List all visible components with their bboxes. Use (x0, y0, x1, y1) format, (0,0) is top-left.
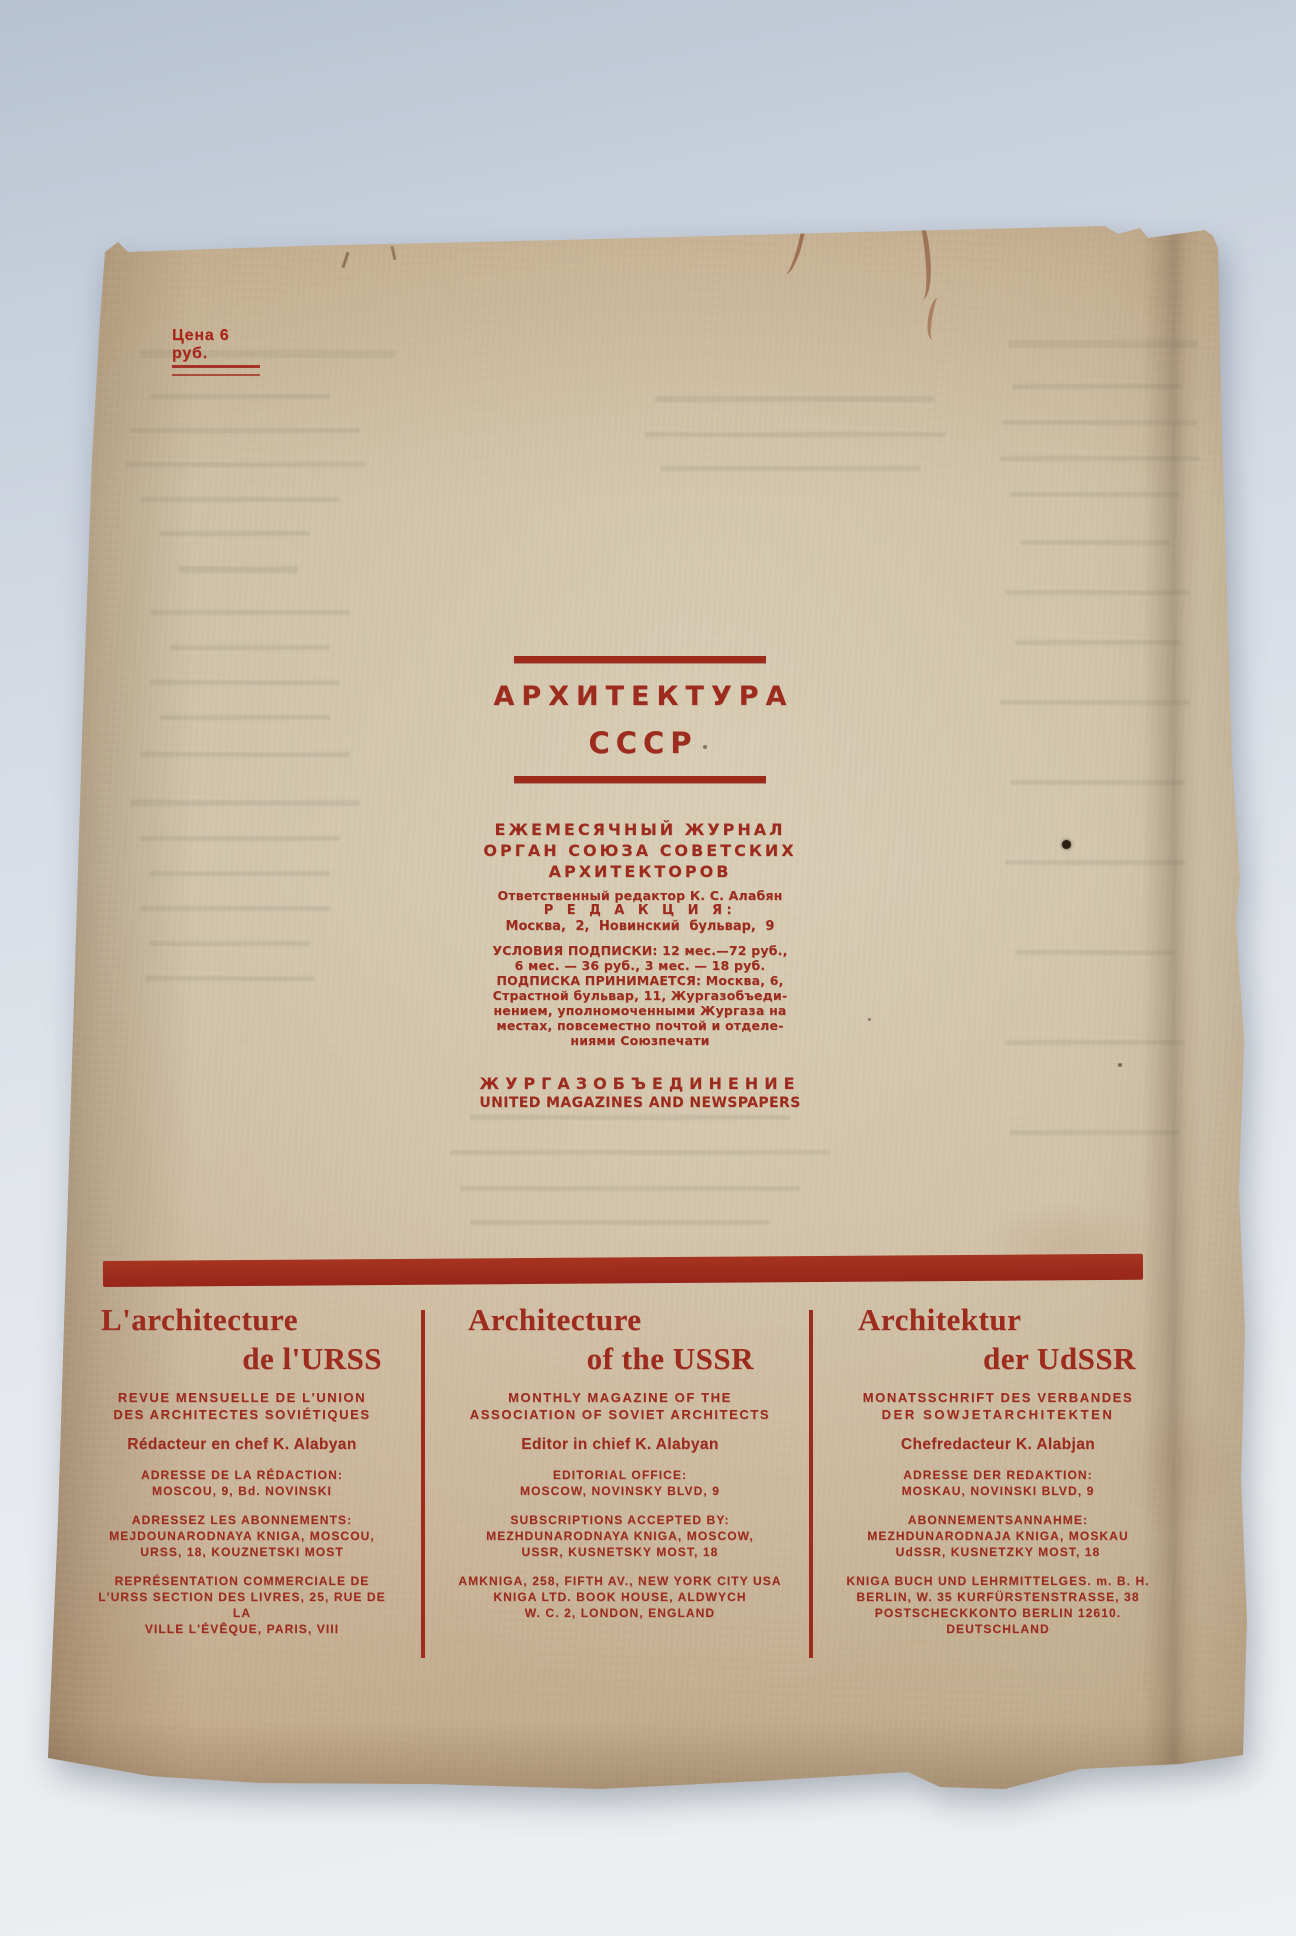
publisher-name-ru: ЖУРГАЗОБЪЕДИНЕНИЕ (468, 1074, 812, 1094)
text-line: DEUTSCHLAND (842, 1621, 1154, 1637)
column-french: L'architecture de l'URSS REVUE MENSUELLE… (96, 1302, 388, 1637)
column-editor-line: Editor in chief K. Alabyan (452, 1436, 788, 1454)
masthead-rule-bottom (514, 776, 766, 783)
show-through-mark (1015, 950, 1175, 955)
ink-stain (900, 207, 934, 301)
show-through-mark (660, 466, 920, 471)
text-line: EDITORIAL OFFICE: (452, 1467, 788, 1483)
address-group: ADRESSE DER REDAKTION: MOSKAU, NOVINSKI … (842, 1467, 1154, 1499)
show-through-mark (130, 800, 360, 806)
column-subtitle: ASSOCIATION OF SOVIET ARCHITECTS (452, 1406, 788, 1423)
column-title-line2: of the USSR (452, 1342, 788, 1376)
paper-speck (594, 200, 610, 209)
paper-speck (868, 1018, 871, 1021)
paper-speck (342, 252, 350, 268)
magazine-title-line1: АРХИТЕКТУРА (468, 682, 812, 712)
organ-line: АРХИТЕКТОРОВ (468, 861, 812, 882)
show-through-mark (150, 871, 330, 876)
subscription-line: УСЛОВИЯ ПОДПИСКИ: 12 мес.—72 руб., (468, 943, 812, 958)
price-stamp-underline (172, 365, 260, 376)
show-through-mark (1010, 780, 1185, 785)
subscription-group: SUBSCRIPTIONS ACCEPTED BY: MEZHDUNARODNA… (452, 1512, 788, 1560)
text-line: MEZHDUNARODNAYA KNIGA, MOSCOW, (452, 1528, 788, 1544)
text-line: AMKNIGA, 258, FIFTH AV., NEW YORK CITY U… (452, 1573, 788, 1589)
show-through-mark (470, 1220, 770, 1225)
show-through-mark (150, 941, 310, 946)
show-through-mark (160, 531, 310, 536)
text-line: UdSSR, KUSNETZKY MOST, 18 (842, 1544, 1154, 1560)
show-through-mark (1008, 340, 1198, 348)
text-line: MEJDOUNARODNAYA KNIGA, MOSCOU, (96, 1528, 388, 1544)
show-through-mark (1010, 492, 1180, 497)
text-line: KNIGA BUCH UND LEHRMITTELGES. m. B. H. (842, 1573, 1154, 1589)
subscription-line: 6 мес. — 36 руб., 3 мес. — 18 руб. (468, 958, 812, 973)
text-line: BERLIN, W. 35 KURFÜRSTENSTRASSE, 38 (842, 1589, 1154, 1605)
show-through-mark (150, 610, 350, 615)
text-line: VILLE L'ÉVÊQUE, PARIS, VIII (96, 1621, 388, 1637)
column-editor-line: Rédacteur en chef K. Alabyan (96, 1436, 388, 1454)
column-subtitle: MONTHLY MAGAZINE OF THE (452, 1389, 788, 1406)
masthead: АРХИТЕКТУРА СССР ЕЖЕМЕСЯЧНЫЙ ЖУРНАЛ ОРГА… (468, 656, 812, 1112)
publisher-name-en: UNITED MAGAZINES AND NEWSPAPERS (468, 1094, 812, 1112)
show-through-mark (140, 836, 340, 841)
show-through-mark (470, 1115, 790, 1120)
show-through-mark (450, 1150, 830, 1155)
text-line: W. C. 2, LONDON, ENGLAND (452, 1605, 788, 1621)
show-through-mark (140, 497, 340, 502)
column-subtitle: MONATSSCHRIFT DES VERBANDES (842, 1389, 1154, 1406)
berlin-agent-group: KNIGA BUCH UND LEHRMITTELGES. m. B. H. B… (842, 1573, 1154, 1637)
magazine-title-line2: СССР (468, 727, 812, 759)
magazine-back-cover: Цена 6 руб. АРХИТЕКТУРА СССР ЕЖЕМЕСЯЧНЫЙ… (0, 0, 1296, 1936)
show-through-mark (1015, 640, 1180, 645)
text-line: ADRESSE DE LA RÉDACTION: (96, 1467, 388, 1483)
show-through-mark (1010, 1130, 1180, 1135)
text-line: ADRESSE DER REDAKTION: (842, 1467, 1154, 1483)
show-through-mark (140, 752, 350, 757)
show-through-mark (1000, 456, 1200, 461)
subscription-line: Страстной бульвар, 11, Жургазобъеди- (468, 988, 812, 1003)
show-through-mark (178, 566, 298, 573)
text-line: POSTSCHECKKONTO BERLIN 12610. (842, 1605, 1154, 1621)
text-line: MEZHDUNARODNAJA KNIGA, MOSKAU (842, 1528, 1154, 1544)
text-line: REPRÉSENTATION COMMERCIALE DE (96, 1573, 388, 1589)
subscription-line: местах, повсеместно почтой и отделе- (468, 1018, 812, 1033)
ink-stain (925, 297, 945, 341)
show-through-mark (1000, 700, 1190, 705)
show-through-mark (1002, 420, 1197, 425)
ink-stain (777, 204, 811, 276)
column-divider-right (809, 1310, 813, 1658)
text-line: SUBSCRIPTIONS ACCEPTED BY: (452, 1512, 788, 1528)
text-line: ADRESSEZ LES ABONNEMENTS: (96, 1512, 388, 1528)
show-through-mark (150, 394, 330, 399)
subscription-group: ADRESSEZ LES ABONNEMENTS: MEJDOUNARODNAY… (96, 1512, 388, 1560)
text-line: MOSCOU, 9, Bd. NOVINSKI (96, 1483, 388, 1499)
show-through-mark (1020, 540, 1170, 545)
show-through-mark (1012, 384, 1182, 389)
red-divider-bar (103, 1254, 1143, 1287)
show-through-mark (140, 906, 330, 911)
column-title-line1: Architektur (842, 1302, 1154, 1338)
show-through-mark (655, 396, 935, 402)
show-through-mark (126, 462, 366, 467)
paper-edge-shading-bottom (48, 1720, 1248, 1790)
show-through-mark (645, 432, 945, 437)
column-editor-line: Chefredacteur K. Alabjan (842, 1436, 1154, 1454)
subscription-line: ПОДПИСКА ПРИНИМАЕТСЯ: Москва, 6, (468, 973, 812, 988)
column-subtitle: DES ARCHITECTES SOVIÉTIQUES (96, 1406, 388, 1423)
show-through-mark (160, 715, 330, 720)
agents-group: AMKNIGA, 258, FIFTH AV., NEW YORK CITY U… (452, 1573, 788, 1621)
show-through-mark (170, 645, 330, 650)
subscription-line: ниями Союзпечати (468, 1033, 812, 1048)
masthead-rule-top (514, 656, 766, 663)
address-group: EDITORIAL OFFICE: MOSCOW, NOVINSKY BLVD,… (452, 1467, 788, 1499)
show-through-mark (130, 428, 360, 433)
text-line: KNIGA LTD. BOOK HOUSE, ALDWYCH (452, 1589, 788, 1605)
show-through-mark (1005, 1040, 1185, 1045)
subscription-group: ABONNEMENTSANNAHME: MEZHDUNARODNAJA KNIG… (842, 1512, 1154, 1560)
price-stamp: Цена 6 руб. (172, 327, 267, 376)
text-line: MOSCOW, NOVINSKY BLVD, 9 (452, 1483, 788, 1499)
redaction-address: Москва, 2, Новинский бульвар, 9 (468, 919, 812, 935)
paper-speck (391, 246, 397, 260)
column-title-line1: Architecture (452, 1302, 788, 1338)
redaction-label: Р Е Д А К Ц И Я: (468, 903, 812, 919)
show-through-mark (460, 1186, 800, 1191)
organ-line: ЕЖЕМЕСЯЧНЫЙ ЖУРНАЛ (468, 819, 812, 840)
column-english: Architecture of the USSR MONTHLY MAGAZIN… (452, 1302, 788, 1621)
text-line: USSR, KUSNETSKY MOST, 18 (452, 1544, 788, 1560)
text-line: MOSKAU, NOVINSKI BLVD, 9 (842, 1483, 1154, 1499)
text-line: URSS, 18, KOUZNETSKI MOST (96, 1544, 388, 1560)
column-subtitle: REVUE MENSUELLE DE L'UNION (96, 1389, 388, 1406)
show-through-mark (145, 976, 315, 981)
address-group: ADRESSE DE LA RÉDACTION: MOSCOU, 9, Bd. … (96, 1467, 388, 1499)
show-through-mark (1005, 590, 1190, 595)
representation-group: REPRÉSENTATION COMMERCIALE DE L'URSS SEC… (96, 1573, 388, 1637)
column-title-line2: de l'URSS (96, 1342, 388, 1376)
price-stamp-text: Цена 6 руб. (172, 327, 267, 363)
text-line: L'URSS SECTION DES LIVRES, 25, RUE DE LA (96, 1589, 388, 1621)
column-title-line1: L'architecture (96, 1302, 388, 1338)
text-line: ABONNEMENTSANNAHME: (842, 1512, 1154, 1528)
show-through-mark (150, 680, 340, 685)
organ-line: ОРГАН СОЮЗА СОВЕТСКИХ (468, 840, 812, 861)
column-german: Architektur der UdSSR MONATSSCHRIFT DES … (842, 1302, 1154, 1637)
responsible-editor-line: Ответственный редактор К. С. Алабян (468, 888, 812, 903)
column-divider-left (421, 1310, 425, 1658)
paper-speck (1118, 1063, 1122, 1067)
column-subtitle: DER SOWJETARCHITEKTEN (842, 1406, 1154, 1423)
magazine-page-shadow: Цена 6 руб. АРХИТЕКТУРА СССР ЕЖЕМЕСЯЧНЫЙ… (0, 0, 1296, 1936)
subscription-line: нением, уполномоченными Жургаза на (468, 1003, 812, 1018)
column-title-line2: der UdSSR (842, 1342, 1154, 1376)
paper-hole (1062, 840, 1071, 849)
photo-background: Цена 6 руб. АРХИТЕКТУРА СССР ЕЖЕМЕСЯЧНЫЙ… (0, 0, 1296, 1936)
show-through-mark (1005, 860, 1185, 865)
